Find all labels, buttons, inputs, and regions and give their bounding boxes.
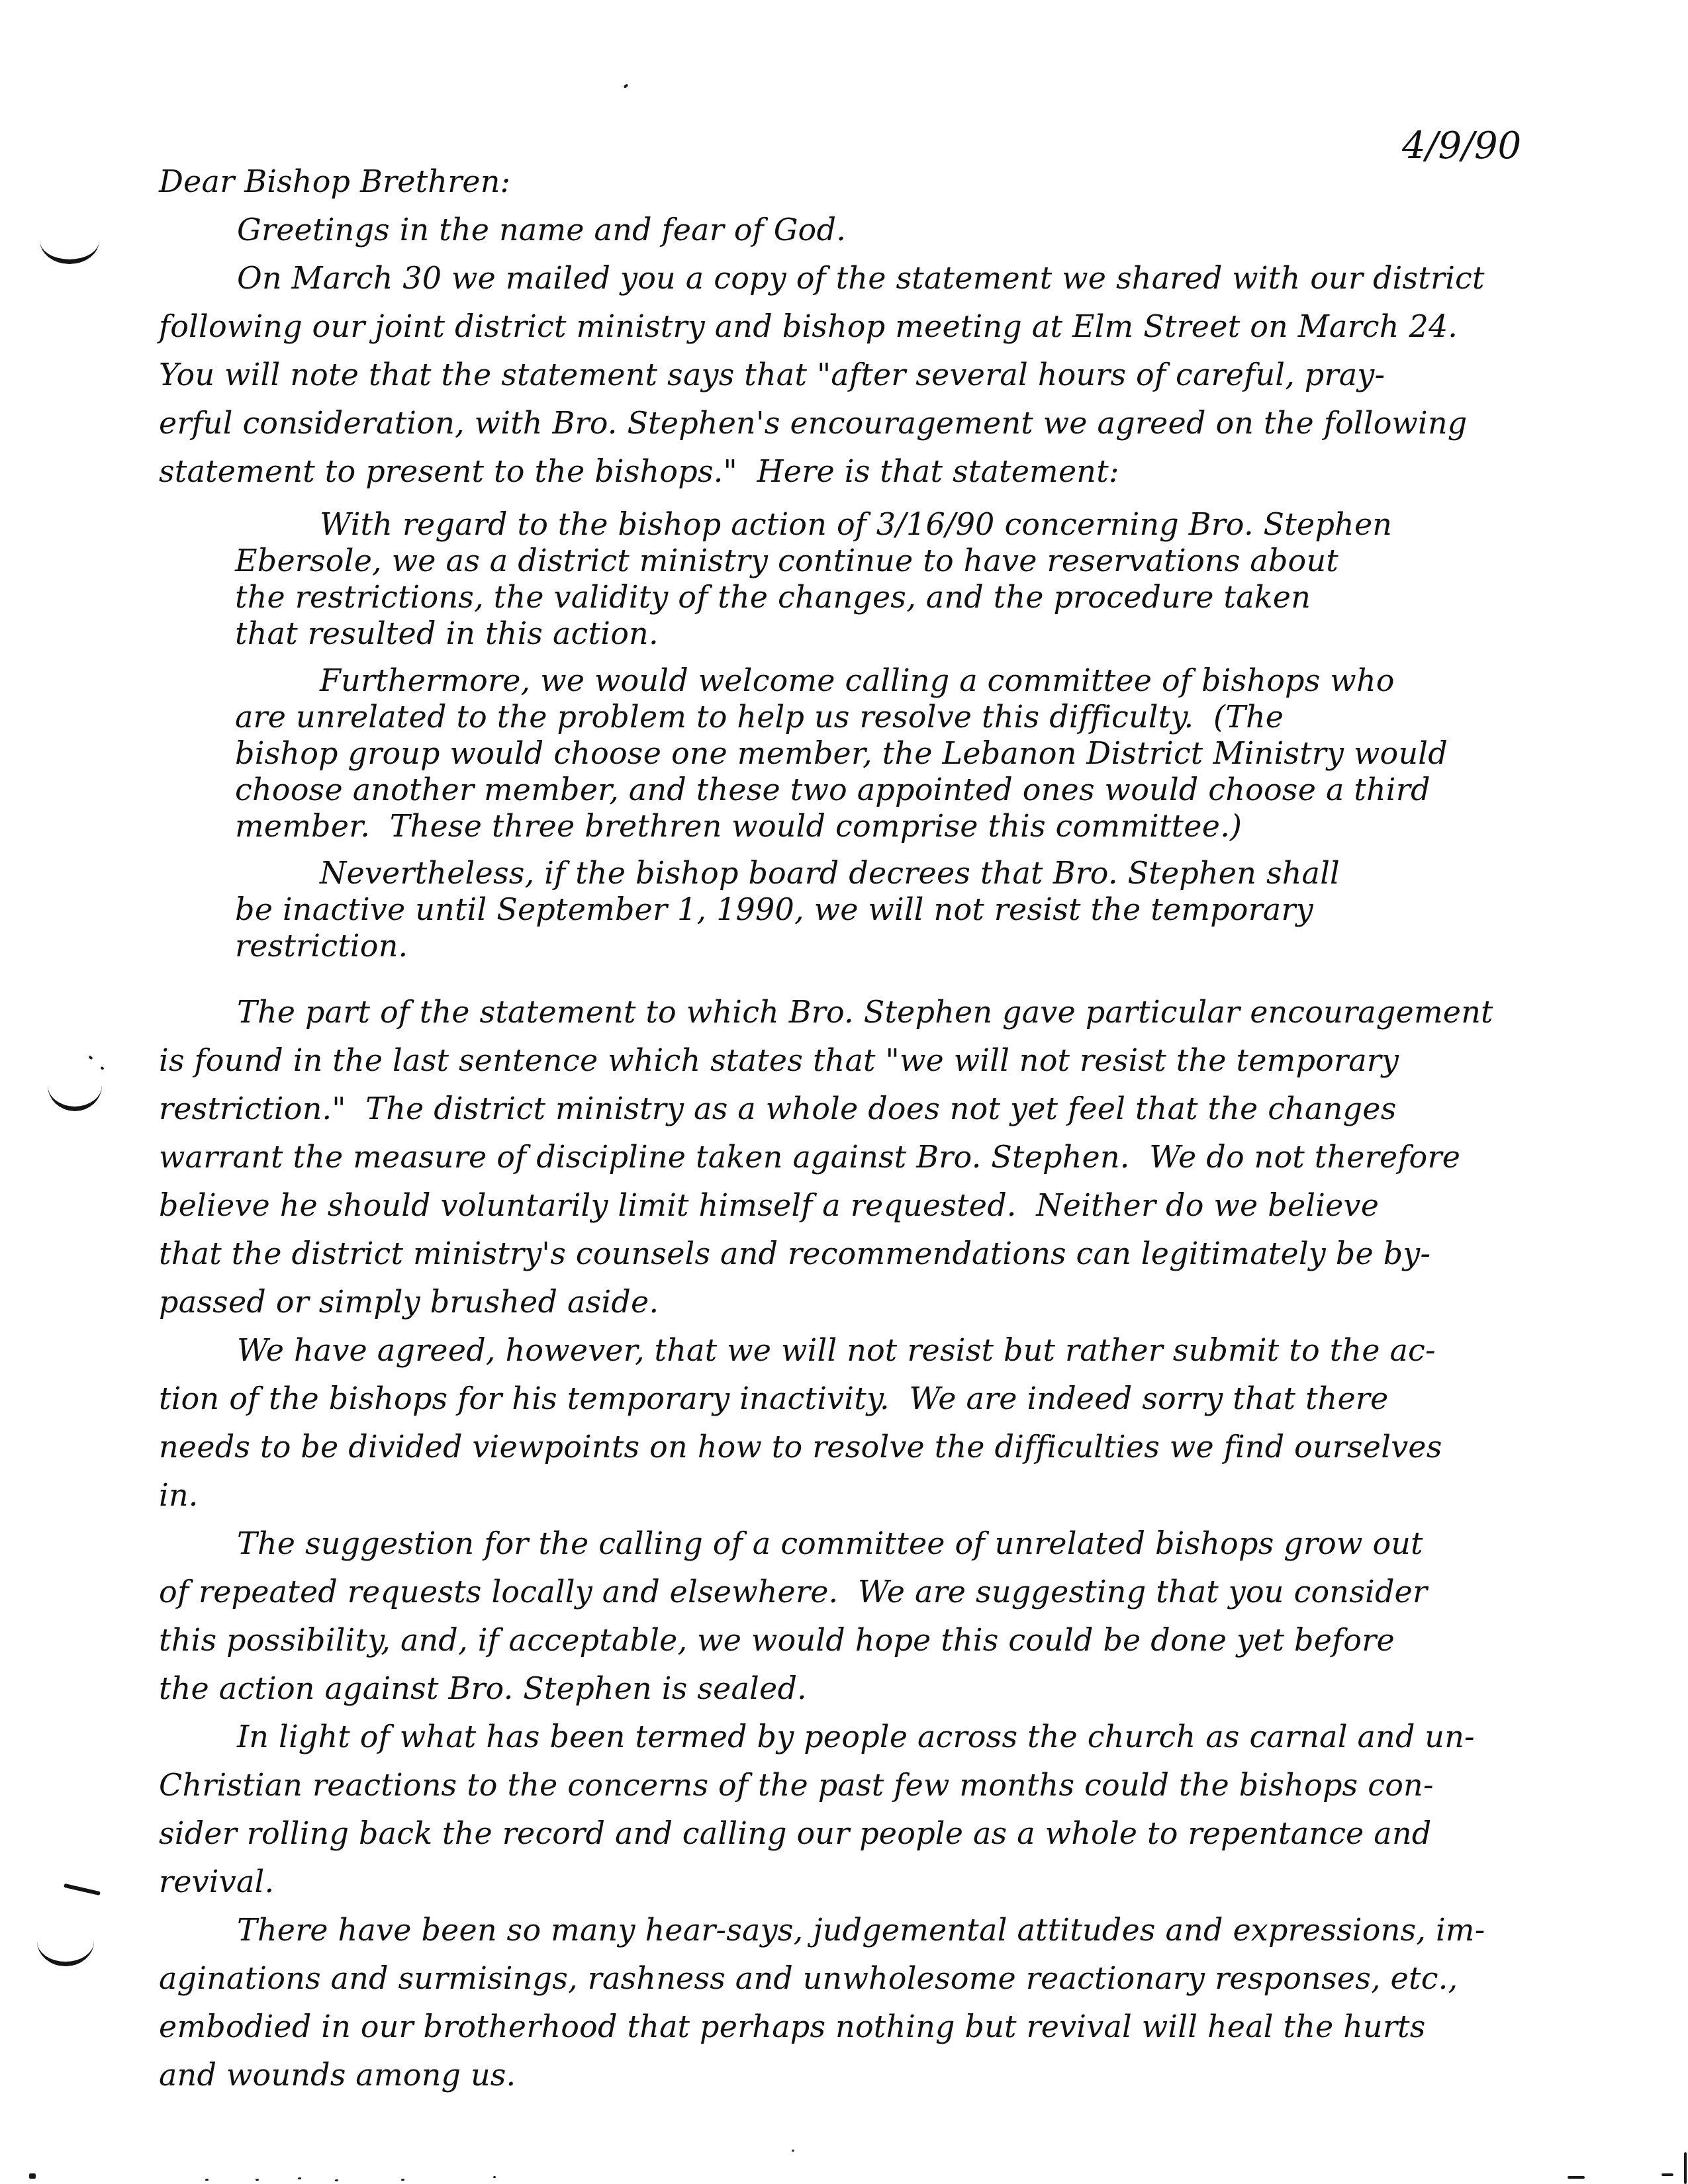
quoted-statement-paragraph: Nevertheless, if the bishop board decree…	[235, 855, 1536, 964]
scan-speck	[401, 2179, 404, 2181]
letter-line: Nevertheless, if the bishop board decree…	[235, 855, 1536, 891]
scan-speck	[29, 2173, 36, 2179]
letter-paragraph: The suggestion for the calling of a comm…	[159, 1520, 1536, 1713]
scan-speck	[88, 1056, 93, 1060]
letter-line: revival.	[159, 1858, 1536, 1906]
quoted-statement-paragraph: With regard to the bishop action of 3/16…	[235, 506, 1536, 652]
letter-line: member. These three brethren would compr…	[235, 808, 1536, 844]
letter-paragraph: The part of the statement to which Bro. …	[159, 988, 1536, 1326]
scan-speck	[335, 2179, 338, 2181]
letter-line: in.	[159, 1471, 1536, 1520]
scan-speck	[256, 2179, 259, 2181]
letter-paragraph: Greetings in the name and fear of God.	[159, 206, 1536, 254]
letter-paragraph: In light of what has been termed by peop…	[159, 1713, 1536, 1906]
letter-line: With regard to the bishop action of 3/16…	[235, 506, 1536, 543]
letter-line: needs to be divided viewpoints on how to…	[159, 1423, 1536, 1471]
letter-line: warrant the measure of discipline taken …	[159, 1133, 1536, 1181]
letter-line: sider rolling back the record and callin…	[159, 1809, 1536, 1858]
letter-paragraph: There have been so many hear-says, judge…	[159, 1906, 1536, 2099]
letter-line: Christian reactions to the concerns of t…	[159, 1761, 1536, 1809]
scanned-letter-page: 4/9/90 Dear Bishop Brethren: Greetings i…	[0, 0, 1688, 2184]
letter-line: The suggestion for the calling of a comm…	[159, 1520, 1536, 1568]
letter-line: and wounds among us.	[159, 2051, 1536, 2099]
letter-line: Ebersole, we as a district ministry cont…	[235, 543, 1536, 579]
letter-line: restriction." The district ministry as a…	[159, 1085, 1536, 1133]
scan-speck	[1568, 2176, 1585, 2179]
scan-speck	[298, 2177, 301, 2179]
letter-line: There have been so many hear-says, judge…	[159, 1906, 1536, 1954]
letter-line: passed or simply brushed aside.	[159, 1278, 1536, 1326]
small-tick-mark	[64, 1884, 101, 1895]
curved-pen-mark	[37, 1939, 94, 1966]
letter-body: Dear Bishop Brethren: Greetings in the n…	[159, 158, 1536, 2099]
letter-line: be inactive until September 1, 1990, we …	[235, 891, 1536, 928]
letter-line: Furthermore, we would welcome calling a …	[235, 662, 1536, 699]
scan-speck	[493, 2176, 496, 2178]
letter-line: On March 30 we mailed you a copy of the …	[159, 254, 1536, 302]
letter-line: believe he should voluntarily limit hims…	[159, 1181, 1536, 1230]
letter-line: erful consideration, with Bro. Stephen's…	[159, 399, 1536, 447]
scan-speck	[1684, 2152, 1687, 2184]
letter-line: of repeated requests locally and elsewhe…	[159, 1568, 1536, 1616]
letter-line: the action against Bro. Stephen is seale…	[159, 1664, 1536, 1713]
letter-line: bishop group would choose one member, th…	[235, 735, 1536, 772]
letter-line: You will note that the statement says th…	[159, 351, 1536, 399]
letter-line: Greetings in the name and fear of God.	[159, 206, 1536, 254]
letter-line: following our joint district ministry an…	[159, 302, 1536, 351]
curved-pen-mark	[40, 238, 99, 264]
letter-line: In light of what has been termed by peop…	[159, 1713, 1536, 1761]
letter-line: that the district ministry's counsels an…	[159, 1230, 1536, 1278]
letter-line: is found in the last sentence which stat…	[159, 1036, 1536, 1085]
letter-line: We have agreed, however, that we will no…	[159, 1326, 1536, 1375]
letter-paragraph: We have agreed, however, that we will no…	[159, 1326, 1536, 1520]
letter-line: that resulted in this action.	[235, 615, 1536, 652]
letter-paragraph: On March 30 we mailed you a copy of the …	[159, 254, 1536, 496]
letter-line: statement to present to the bishops." He…	[159, 447, 1536, 496]
quoted-statement-paragraph: Furthermore, we would welcome calling a …	[235, 662, 1536, 844]
letter-line: tion of the bishops for his temporary in…	[159, 1375, 1536, 1423]
letter-line: the restrictions, the validity of the ch…	[235, 579, 1536, 615]
letter-line: embodied in our brotherhood that perhaps…	[159, 2003, 1536, 2051]
scan-speck	[205, 2179, 209, 2181]
scan-speck	[100, 1066, 104, 1070]
letter-line: this possibility, and, if acceptable, we…	[159, 1616, 1536, 1664]
scan-speck	[1662, 2173, 1673, 2176]
letter-line: The part of the statement to which Bro. …	[159, 988, 1536, 1036]
scan-speck	[792, 2150, 794, 2152]
letter-line: choose another member, and these two app…	[235, 772, 1536, 808]
letter-salutation: Dear Bishop Brethren:	[159, 158, 1536, 206]
letter-line: are unrelated to the problem to help us …	[235, 699, 1536, 735]
letter-line: restriction.	[235, 928, 1536, 964]
scan-speck	[624, 83, 629, 89]
letter-line: aginations and surmisings, rashness and …	[159, 1954, 1536, 2003]
curved-pen-mark	[48, 1083, 102, 1111]
